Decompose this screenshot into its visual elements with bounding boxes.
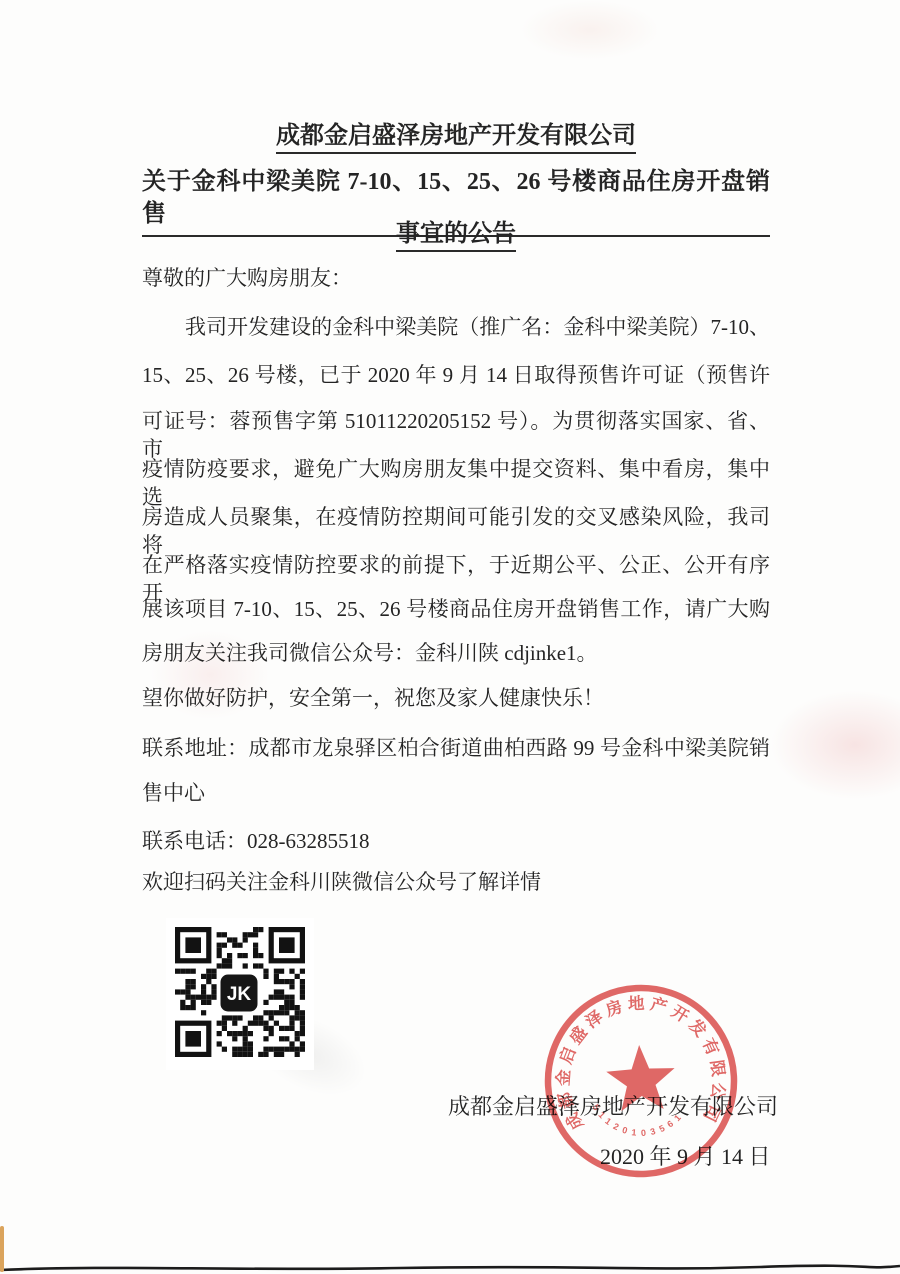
qr-center-label: JK bbox=[227, 984, 252, 1005]
qr-caption-line: 欢迎扫码关注金科川陕微信公众号了解详情 bbox=[142, 868, 770, 896]
scan-corner-mark bbox=[0, 1226, 4, 1272]
scan-smudge bbox=[520, 0, 660, 60]
qr-code: JK bbox=[166, 918, 314, 1070]
document-title-company: 成都金启盛泽房地产开发有限公司 bbox=[142, 120, 770, 152]
contact-phone-line: 联系电话：028-63285518 bbox=[142, 827, 770, 855]
title-line3-text: 事宜的公告 bbox=[396, 221, 516, 252]
contact-address-line-2: 售中心 bbox=[142, 779, 770, 807]
closing-wish-line: 望你做好防护，安全第一，祝您及家人健康快乐！ bbox=[142, 684, 770, 712]
qr-code-image: JK bbox=[166, 918, 314, 1070]
paragraph-line-7: 展该项目 7-10、15、25、26 号楼商品住房开盘销售工作，请广大购 bbox=[142, 595, 770, 623]
scan-bottom-edge bbox=[0, 1262, 900, 1274]
paragraph-line-8: 房朋友关注我司微信公众号：金科川陕 cdjinke1。 bbox=[142, 639, 770, 667]
paragraph-line-2: 15、25、26 号楼，已于 2020 年 9 月 14 日取得预售许可证（预售… bbox=[142, 361, 770, 389]
salutation-line: 尊敬的广大购房朋友： bbox=[142, 264, 770, 292]
company-seal: 成都金启盛泽房地产开发有限公司 51120103561 bbox=[535, 975, 747, 1187]
scan-smudge bbox=[770, 690, 900, 800]
document-title-announcement: 事宜的公告 bbox=[142, 218, 770, 250]
svg-text:51120103561: 51120103561 bbox=[590, 1098, 687, 1141]
seal-star-icon bbox=[605, 1043, 677, 1112]
seal-code-digits: 51120103561 bbox=[590, 1098, 687, 1141]
paragraph-line-1: 我司开发建设的金科中梁美院（推广名：金科中梁美院）7-10、 bbox=[142, 313, 770, 341]
document-page: 成都金启盛泽房地产开发有限公司 关于金科中梁美院 7-10、15、25、26 号… bbox=[0, 0, 900, 1274]
contact-address-line-1: 联系地址：成都市龙泉驿区柏合街道曲柏西路 99 号金科中梁美院销 bbox=[142, 734, 770, 762]
title-line1-text: 成都金启盛泽房地产开发有限公司 bbox=[276, 123, 636, 154]
